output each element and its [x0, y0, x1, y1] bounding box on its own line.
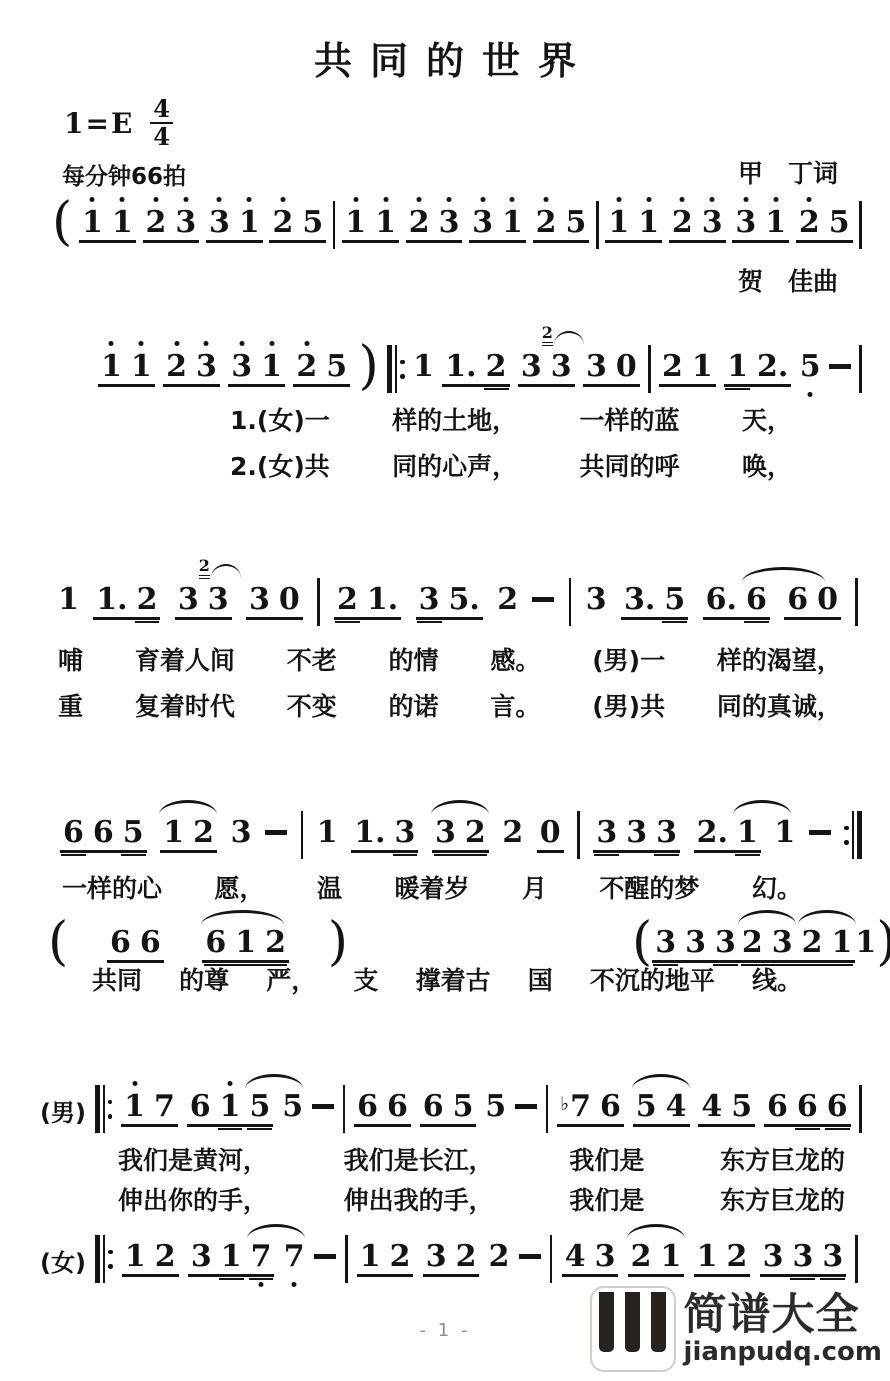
note: 3 — [472, 208, 493, 238]
note-number: 6 — [600, 1089, 621, 1124]
sixteenth-line — [735, 854, 760, 857]
octave-dot-high — [383, 197, 388, 202]
note-number: 5 — [800, 349, 821, 384]
note-number: 2 — [456, 1239, 477, 1274]
lyric-segment: 我们是长江， — [344, 1146, 494, 1176]
note: 1 — [112, 208, 133, 238]
note-number: 2 — [337, 582, 358, 617]
sixteenth-line — [335, 621, 360, 624]
note: 1 — [375, 208, 396, 238]
note-number: 3 — [586, 582, 607, 617]
piano-keys-icon — [590, 1286, 676, 1372]
music-line-line5L: (66612) — [48, 928, 348, 970]
beam-group: 11 — [98, 352, 155, 387]
lyric-segment: 天， — [742, 406, 792, 436]
note-number: 2 — [486, 349, 507, 384]
sustain-dash — [312, 1104, 334, 1109]
note-number: 2 — [536, 205, 557, 240]
beam-group: 21. — [334, 585, 401, 620]
octave-dot-high — [139, 341, 144, 346]
beam-group: 25 — [796, 208, 853, 243]
beam-group: 0 — [537, 818, 564, 853]
note: 32 — [551, 352, 572, 382]
lyric-segment: 一样的心 — [62, 874, 162, 904]
slur-arc — [627, 1224, 685, 1239]
note: 1. — [367, 585, 398, 615]
note-number: 1 — [608, 205, 629, 240]
note: 6 — [746, 585, 767, 615]
sixteenth-line — [594, 854, 619, 857]
note-number: 6 — [767, 1089, 788, 1124]
note-number: 7 — [251, 1239, 272, 1274]
note-number: 4 — [666, 1089, 687, 1124]
lyrics-line-v1b: 2.(女)共同的心声，共同的呼唤， — [230, 452, 792, 482]
note-number: 0 — [540, 815, 561, 850]
note: 3 — [175, 208, 196, 238]
tempo-marking: 每分钟66拍 — [62, 158, 186, 191]
note-number: 5 — [453, 1089, 474, 1124]
note: 3 — [702, 208, 723, 238]
slur-arc — [632, 1074, 690, 1089]
sheet-music-page: 共同的世界 甲 丁词 贺 佳曲 1=E 4 4 每分钟66拍 - 1 - 简谱大… — [0, 0, 890, 1381]
note: 0 — [616, 352, 637, 382]
note-number: 1 — [345, 205, 366, 240]
note-number: 2 — [193, 815, 214, 850]
note: 5 — [800, 352, 821, 382]
parenthesis: ( — [632, 916, 652, 968]
octave-dot-high — [153, 197, 158, 202]
beam-group: 25 — [533, 208, 590, 243]
barline — [345, 1235, 348, 1283]
note: 1 — [727, 352, 748, 382]
note-number: 1. — [96, 582, 127, 617]
beam-group: 23 — [143, 208, 200, 243]
note: 2 — [502, 818, 523, 848]
beam-group: 2.1 — [694, 818, 761, 853]
note-number: 6 — [746, 582, 767, 617]
lyric-segment: 重 — [58, 692, 83, 722]
repeat-bar-thick — [387, 345, 392, 393]
lyric-segment: 育着人间 — [135, 646, 235, 676]
note: 2 — [166, 352, 187, 382]
music-line-intro1: (112331251123312511233125 — [52, 208, 862, 250]
note-number: 2 — [155, 1239, 176, 1274]
note-number: 3 — [178, 582, 199, 617]
beam-group: ♭76 — [557, 1092, 624, 1127]
lyric-segment: 暖着岁 — [394, 874, 469, 904]
beam-group: 615 — [187, 1092, 274, 1127]
flat-sign: ♭ — [560, 1093, 569, 1115]
repeat-start — [387, 345, 405, 393]
repeat-start — [95, 1235, 113, 1283]
note: 5 — [829, 208, 850, 238]
note-number: 2 — [166, 349, 187, 384]
note: 6 — [110, 928, 131, 958]
note-number: 6 — [423, 1089, 444, 1124]
parenthesis: ) — [876, 916, 890, 968]
note-number: 3 — [655, 925, 676, 960]
slur-arc — [247, 1224, 305, 1239]
lyric-segment: 我们是 — [569, 1146, 644, 1176]
octave-dot-high — [174, 341, 179, 346]
octave-dot-high — [417, 197, 422, 202]
note: 6 — [63, 818, 84, 848]
note-number: 1 — [697, 1239, 718, 1274]
note-number: 3 — [419, 582, 440, 617]
octave-dot-high — [480, 197, 485, 202]
note: 3 — [249, 585, 270, 615]
note-number: 3 — [435, 815, 456, 850]
note: 1 — [692, 352, 713, 382]
note-number: 3 — [822, 1239, 843, 1274]
lyric-segment: 支 — [353, 966, 378, 996]
note-number: 5 — [664, 582, 685, 617]
sustain-dash — [314, 1254, 336, 1259]
note-number: 1 — [220, 1089, 241, 1124]
lyric-segment: 感。 — [490, 646, 540, 676]
sixteenth-line — [795, 1128, 820, 1131]
note-number: 3 — [208, 582, 229, 617]
note: 6. — [706, 585, 737, 615]
piano-key — [599, 1292, 614, 1352]
beam-group: 30 — [246, 585, 303, 620]
lyric-segment: 月 — [522, 874, 547, 904]
lyricist-credit: 甲 丁词 — [738, 156, 838, 192]
lyric-segment: 严， — [266, 966, 316, 996]
note: 1. — [445, 352, 476, 382]
note-number: 2 — [489, 1239, 510, 1274]
beam-group: 31 — [732, 208, 789, 243]
note-number: 3 — [772, 925, 793, 960]
sixteenth-line — [790, 1278, 815, 1281]
note: 1 — [221, 1242, 242, 1272]
note: 1 — [638, 208, 659, 238]
sustain-dash — [515, 1104, 537, 1109]
note: 7 — [284, 1242, 305, 1272]
lyric-segment: 东方巨龙的 — [720, 1186, 845, 1216]
note: 6 — [423, 1092, 444, 1122]
note-number: 1 — [124, 1089, 145, 1124]
note-number: 5 — [249, 1089, 270, 1124]
note-number: 3 — [792, 1239, 813, 1274]
beam-group: 54 — [633, 1092, 690, 1127]
note-number: 1 — [692, 349, 713, 384]
note: 3 — [586, 585, 607, 615]
slur-arc — [798, 910, 856, 925]
sixteenth-line — [820, 1278, 845, 1281]
note-number: 3 — [702, 205, 723, 240]
note-number: 1 — [661, 1239, 682, 1274]
sustain-dash — [809, 830, 831, 835]
note-number: 3 — [472, 205, 493, 240]
note: 1 — [125, 1242, 146, 1272]
note: 1 — [261, 352, 282, 382]
note-number: 0 — [279, 582, 300, 617]
lyrics-line-v2b: 重复着时代不变的诺言。(男)共同的真诚， — [58, 692, 842, 722]
key-label: 1=E — [64, 107, 134, 140]
note: 5 — [731, 1092, 752, 1122]
watermark-title: 简谱大全 — [684, 1294, 882, 1337]
grace-note: 2 — [542, 325, 553, 346]
note: 1 — [502, 208, 523, 238]
slur-arc — [733, 800, 791, 815]
note: 5 — [326, 352, 347, 382]
note: 1 — [124, 1092, 145, 1122]
note: 0 — [279, 585, 300, 615]
note-number: 1 — [82, 205, 103, 240]
note-number: 1. — [354, 815, 385, 850]
sixteenth-line — [218, 1128, 243, 1131]
beam-group: 25 — [293, 352, 350, 387]
lyric-segment: 我们是黄河， — [118, 1146, 268, 1176]
note: 1 — [239, 208, 260, 238]
beam-group: 23 — [669, 208, 726, 243]
note: 2 — [497, 585, 518, 615]
note-number: 1 — [375, 205, 396, 240]
note: 5 — [302, 208, 323, 238]
music-line-line3: 11.23323021.35.233.56.660 — [58, 585, 858, 627]
note-number: 6 — [110, 925, 131, 960]
barline — [855, 578, 858, 626]
note-number: 3 — [763, 1239, 784, 1274]
octave-dot-high — [743, 197, 748, 202]
note: 3 — [196, 352, 217, 382]
beam-group: 12 — [357, 1242, 414, 1277]
repeat-dots — [108, 1100, 113, 1119]
beam-group: 32 — [432, 818, 489, 853]
note-number: 3 — [209, 205, 230, 240]
note-number: 3 — [735, 205, 756, 240]
composer-credit: 贺 佳曲 — [738, 264, 838, 300]
repeat-dots — [108, 1250, 113, 1269]
note-number: 3 — [175, 205, 196, 240]
sixteenth-line — [484, 388, 509, 391]
octave-dot-high — [183, 197, 188, 202]
note-number: 6 — [787, 582, 808, 617]
note-number: 3 — [439, 205, 460, 240]
lyric-segment: 不老 — [287, 646, 337, 676]
slur-arc — [159, 800, 217, 815]
slur-arc — [201, 910, 284, 925]
slur-arc — [742, 567, 825, 582]
beam-group: 1.3 — [351, 818, 418, 853]
note-number: 2 — [390, 1239, 411, 1274]
lyric-segment: 1.(女)一 — [230, 406, 330, 436]
lyric-segment: 样的渴望， — [717, 646, 842, 676]
note: 3 — [395, 818, 416, 848]
note: 2 — [672, 208, 693, 238]
octave-dot-high — [204, 341, 209, 346]
beam-group: 2321 — [739, 928, 856, 963]
note: 2 — [296, 352, 317, 382]
note: 5 — [282, 1092, 303, 1122]
note-number: 3 — [196, 349, 217, 384]
sixteenth-line — [135, 621, 160, 624]
sixteenth-line — [219, 1278, 244, 1281]
note: 1 — [163, 818, 184, 848]
note: 1 — [765, 208, 786, 238]
octave-dot-high — [710, 197, 715, 202]
note: 5 — [485, 1092, 506, 1122]
repeat-start — [95, 1085, 113, 1133]
note-number: 3 — [551, 349, 572, 384]
octave-dot-high — [544, 197, 549, 202]
note: 3 — [595, 1242, 616, 1272]
note-number: 6 — [140, 925, 161, 960]
note: 6 — [827, 1092, 848, 1122]
repeat-bar-thin — [103, 1085, 105, 1133]
note: 2 — [272, 208, 293, 238]
note-number: 4 — [701, 1089, 722, 1124]
parenthesis: ( — [48, 916, 68, 968]
lyric-segment: 国 — [528, 966, 553, 996]
note: 1 — [58, 585, 79, 615]
note-number: 1 — [413, 349, 434, 384]
music-line-line5R: (33323211) — [632, 928, 878, 970]
note-number: 5 — [302, 205, 323, 240]
beam-group: 35. — [416, 585, 483, 620]
sixteenth-line — [654, 854, 679, 857]
lyrics-line-v2a: 哺育着人间不老的情感。(男)一样的渴望， — [58, 646, 842, 676]
note: 4 — [666, 1092, 687, 1122]
note-number: 1 — [239, 205, 260, 240]
note-number: 2 — [672, 205, 693, 240]
note: 5. — [449, 585, 480, 615]
lyric-segment: (男)共 — [592, 692, 665, 722]
beam-group: 30 — [583, 352, 640, 387]
note: 1 — [608, 208, 629, 238]
repeat-dots — [400, 360, 405, 379]
note: 3 — [521, 352, 542, 382]
note-number: 2 — [465, 815, 486, 850]
note-number: 5 — [731, 1089, 752, 1124]
piano-key — [651, 1292, 666, 1352]
sustain-dash — [829, 364, 851, 369]
repeat-dots — [844, 826, 849, 845]
note: 2 — [489, 1242, 510, 1272]
lyrics-line-v1a: 1.(女)一样的土地，一样的蓝天， — [230, 406, 792, 436]
note-number: 5 — [566, 205, 587, 240]
beam-group: 21 — [659, 352, 716, 387]
sustain-dash — [519, 1254, 541, 1259]
lyric-segment: 伸出我的手， — [344, 1186, 494, 1216]
note: 3 — [209, 208, 230, 238]
lyric-segment: 同的真诚， — [717, 692, 842, 722]
lyrics-line-v3: 一样的心愿，温暖着岁月不醒的梦幻。 — [62, 874, 802, 904]
note: 2 — [409, 208, 430, 238]
note-number: 1 — [727, 349, 748, 384]
note: 6 — [600, 1092, 621, 1122]
barline — [333, 201, 336, 249]
note: 2 — [390, 1242, 411, 1272]
lyric-segment: 不沉的地平 — [590, 966, 715, 996]
lyric-segment: 愿， — [214, 874, 264, 904]
note: 1 — [317, 818, 338, 848]
octave-dot-high — [807, 197, 812, 202]
note-number: 1. — [445, 349, 476, 384]
beam-group: 17 — [121, 1092, 178, 1127]
note-number: 3 — [715, 925, 736, 960]
note: 3 — [596, 818, 617, 848]
note: 6 — [387, 1092, 408, 1122]
note: 4 — [701, 1092, 722, 1122]
note: 0 — [817, 585, 838, 615]
barline — [569, 578, 572, 626]
beam-group: 31 — [228, 352, 285, 387]
note-number: 7 — [154, 1089, 175, 1124]
beam-group: 23 — [406, 208, 463, 243]
octave-dot-high — [447, 197, 452, 202]
beam-group: 612 — [202, 928, 289, 963]
note: 3 — [231, 352, 252, 382]
note-number: 1 — [58, 582, 79, 617]
lyric-segment: 的诺 — [389, 692, 439, 722]
note: 3 — [191, 1242, 212, 1272]
beam-group: 1.2 — [442, 352, 509, 387]
beam-group: 23 — [163, 352, 220, 387]
repeat-bar-thin — [852, 811, 854, 859]
note: 2 — [193, 818, 214, 848]
lyric-segment: 哺 — [58, 646, 83, 676]
octave-dot-high — [510, 197, 515, 202]
note: 7 — [154, 1092, 175, 1122]
note-number: 6 — [205, 925, 226, 960]
lyric-segment: (男)一 — [592, 646, 665, 676]
note: 6 — [767, 1092, 788, 1122]
lyric-segment: 不醒的梦 — [599, 874, 699, 904]
watermark-domain: jianpudq.com — [684, 1339, 882, 1365]
note: 3 — [772, 928, 793, 958]
note: 1 — [220, 1092, 241, 1122]
octave-dot-low — [292, 1282, 297, 1287]
sixteenth-line — [725, 388, 750, 391]
note-number: 5 — [485, 1089, 506, 1124]
note-number: 1 — [317, 815, 338, 850]
octave-dot-high — [109, 341, 114, 346]
watermark-text: 简谱大全 jianpudq.com — [684, 1294, 882, 1365]
beam-group: 3.5 — [621, 585, 688, 620]
lyric-segment: 言。 — [490, 692, 540, 722]
repeat-bar-thin — [395, 345, 397, 393]
note: 6 — [205, 928, 226, 958]
parenthesis: ( — [52, 196, 72, 248]
note-number: 3 — [249, 582, 270, 617]
octave-dot-low — [259, 1282, 264, 1287]
note-number: 5. — [449, 582, 480, 617]
note-number: 5 — [326, 349, 347, 384]
octave-dot-high — [304, 341, 309, 346]
note: 3 — [426, 1242, 447, 1272]
barline — [596, 201, 599, 249]
note-number: 1 — [765, 205, 786, 240]
note: 2. — [757, 352, 788, 382]
note-number: 2 — [265, 925, 286, 960]
note-number: 1 — [235, 925, 256, 960]
beam-group: 60 — [784, 585, 841, 620]
note: 3 — [655, 928, 676, 958]
note-number: 3 — [231, 815, 252, 850]
octave-dot-high — [228, 1081, 233, 1086]
note-number: 3 — [521, 349, 542, 384]
note: 0 — [540, 818, 561, 848]
beam-group: 43 — [562, 1242, 619, 1277]
barline — [301, 811, 304, 859]
note: 3 — [178, 585, 199, 615]
beam-group: 666 — [764, 1092, 851, 1127]
note: 1 — [345, 208, 366, 238]
note-number: 2 — [502, 815, 523, 850]
slur-arc — [431, 800, 489, 815]
